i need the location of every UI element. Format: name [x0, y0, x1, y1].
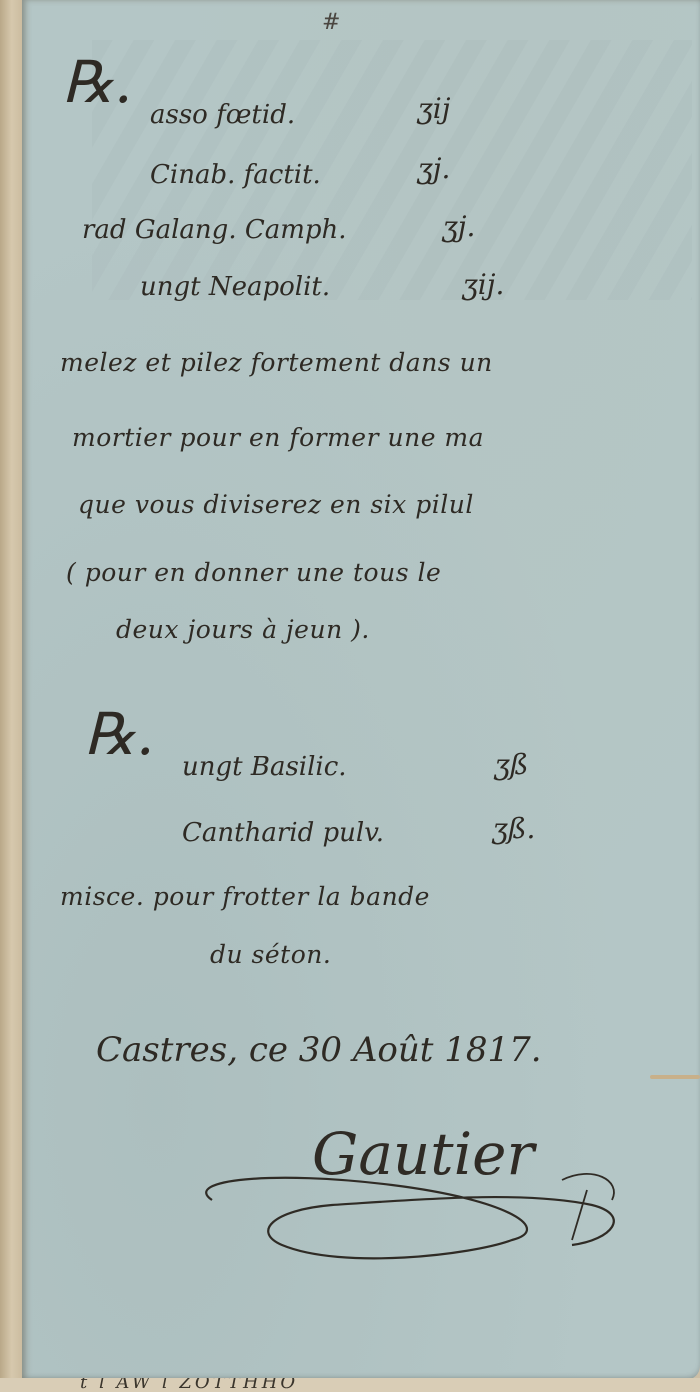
underlying-page-strip: t l AW l ZOTTHHO [0, 1378, 700, 1392]
ingredient-2-dose: ʒj. [417, 152, 450, 185]
signature-flourish [192, 1160, 652, 1280]
pin-thread [650, 1075, 700, 1079]
top-mark: # [322, 10, 340, 35]
ingredient-5-name: ungt Basilic. [182, 752, 347, 782]
ingredient-2-name: Cinab. factit. [150, 160, 321, 190]
prescription-page: # ℞. asso fœtid. ʒij Cinab. factit. ʒj. … [22, 0, 700, 1380]
recipe-symbol-2: ℞. [84, 700, 154, 768]
underlying-page-text: t l AW l ZOTTHHO [80, 1378, 298, 1392]
instruction-line-7: du séton. [210, 940, 331, 969]
ingredient-5-dose: ʒß [494, 748, 529, 781]
ingredient-3-dose: ʒj. [442, 210, 475, 243]
ingredient-4-name: ungt Neapolit. [140, 272, 330, 302]
instruction-line-4: ( pour en donner une tous le [66, 558, 441, 587]
instruction-line-3: que vous diviserez en six pilul [78, 490, 474, 519]
ingredient-1-dose: ʒij [417, 92, 450, 125]
instruction-line-2: mortier pour en former une ma [72, 423, 484, 452]
ingredient-3-name: rad Galang. Camph. [82, 215, 347, 245]
instruction-line-1: melez et pilez fortement dans un [60, 348, 493, 377]
ingredient-1-name: asso fœtid. [150, 100, 295, 130]
instruction-line-5: deux jours à jeun ). [116, 615, 370, 644]
ingredient-6-dose: ʒß. [492, 812, 535, 845]
instruction-line-6: misce. pour frotter la bande [60, 882, 430, 911]
dateline: Castres, ce 30 Août 1817. [96, 1030, 542, 1070]
ingredient-4-dose: ʒij. [462, 268, 504, 301]
recipe-symbol-1: ℞. [62, 48, 132, 116]
ingredient-6-name: Cantharid pulv. [182, 818, 384, 848]
